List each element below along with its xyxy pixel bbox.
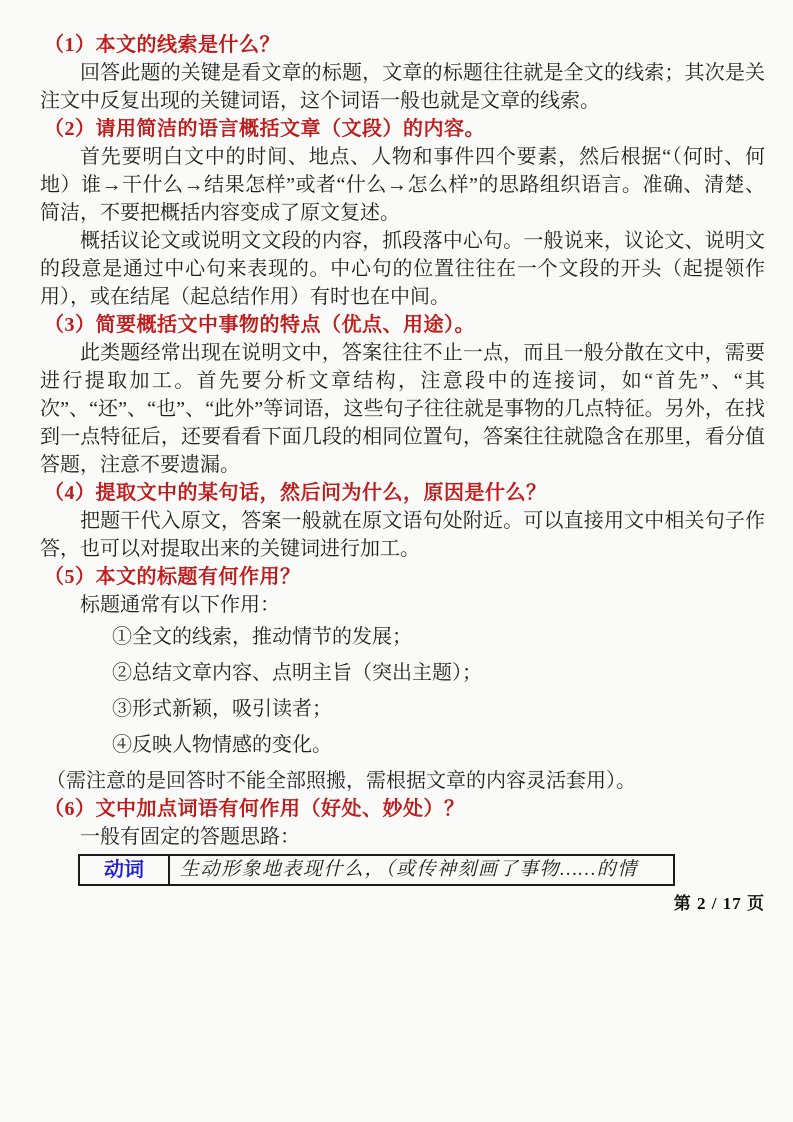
- section-5-note: （需注意的是回答时不能全部照搬，需根据文章的内容灵活套用）。: [46, 767, 765, 795]
- section-4-heading: （4）提取文中的某句话，然后问为什么，原因是什么？: [44, 479, 765, 507]
- section-6-heading: （6）文中加点词语有何作用（好处、妙处）？: [44, 795, 765, 823]
- title-functions-list: ①全文的线索，推动情节的发展； ②总结文章内容、点明主旨（突出主题）； ③形式新…: [40, 623, 765, 759]
- list-item: ③形式新颖，吸引读者；: [112, 695, 765, 723]
- section-4-paragraph: 把题干代入原文，答案一般就在原文语句处附近。可以直接用文中相关句子作答，也可以对…: [40, 507, 765, 563]
- section-1-paragraph: 回答此题的关键是看文章的标题，文章的标题往往就是全文的线索；其次是关注文中反复出…: [40, 59, 765, 115]
- list-item: ①全文的线索，推动情节的发展；: [112, 623, 765, 651]
- section-1-heading: （1）本文的线索是什么？: [44, 31, 765, 59]
- section-3-heading: （3）简要概括文中事物的特点（优点、用途）。: [44, 311, 765, 339]
- section-2-heading: （2）请用简洁的语言概括文章（文段）的内容。: [44, 115, 765, 143]
- page-number: 第 2 / 17 页: [40, 892, 765, 916]
- section-6-intro: 一般有固定的答题思路：: [40, 823, 765, 851]
- word-effect-cell: 生动形象地表现什么，（或传神刻画了事物……的情: [169, 855, 674, 885]
- table-row: 动词 生动形象地表现什么，（或传神刻画了事物……的情: [79, 855, 674, 885]
- section-5-heading: （5）本文的标题有何作用？: [44, 563, 765, 591]
- document-page: （1）本文的线索是什么？ 回答此题的关键是看文章的标题，文章的标题往往就是全文的…: [0, 0, 793, 1122]
- list-item: ④反映人物情感的变化。: [112, 731, 765, 759]
- word-type-cell: 动词: [79, 855, 169, 885]
- section-2-paragraph-2: 概括议论文或说明文文段的内容，抓段落中心句。一般说来，议论文、说明文的段意是通过…: [40, 227, 765, 311]
- section-5-intro: 标题通常有以下作用：: [40, 591, 765, 619]
- section-3-paragraph: 此类题经常出现在说明文中，答案往往不止一点，而且一般分散在文中，需要进行提取加工…: [40, 339, 765, 479]
- section-2-paragraph-1: 首先要明白文中的时间、地点、人物和事件四个要素，然后根据“（何时、何地）谁→干什…: [40, 143, 765, 227]
- list-item: ②总结文章内容、点明主旨（突出主题）；: [112, 659, 765, 687]
- answer-approach-table: 动词 生动形象地表现什么，（或传神刻画了事物……的情: [78, 854, 675, 886]
